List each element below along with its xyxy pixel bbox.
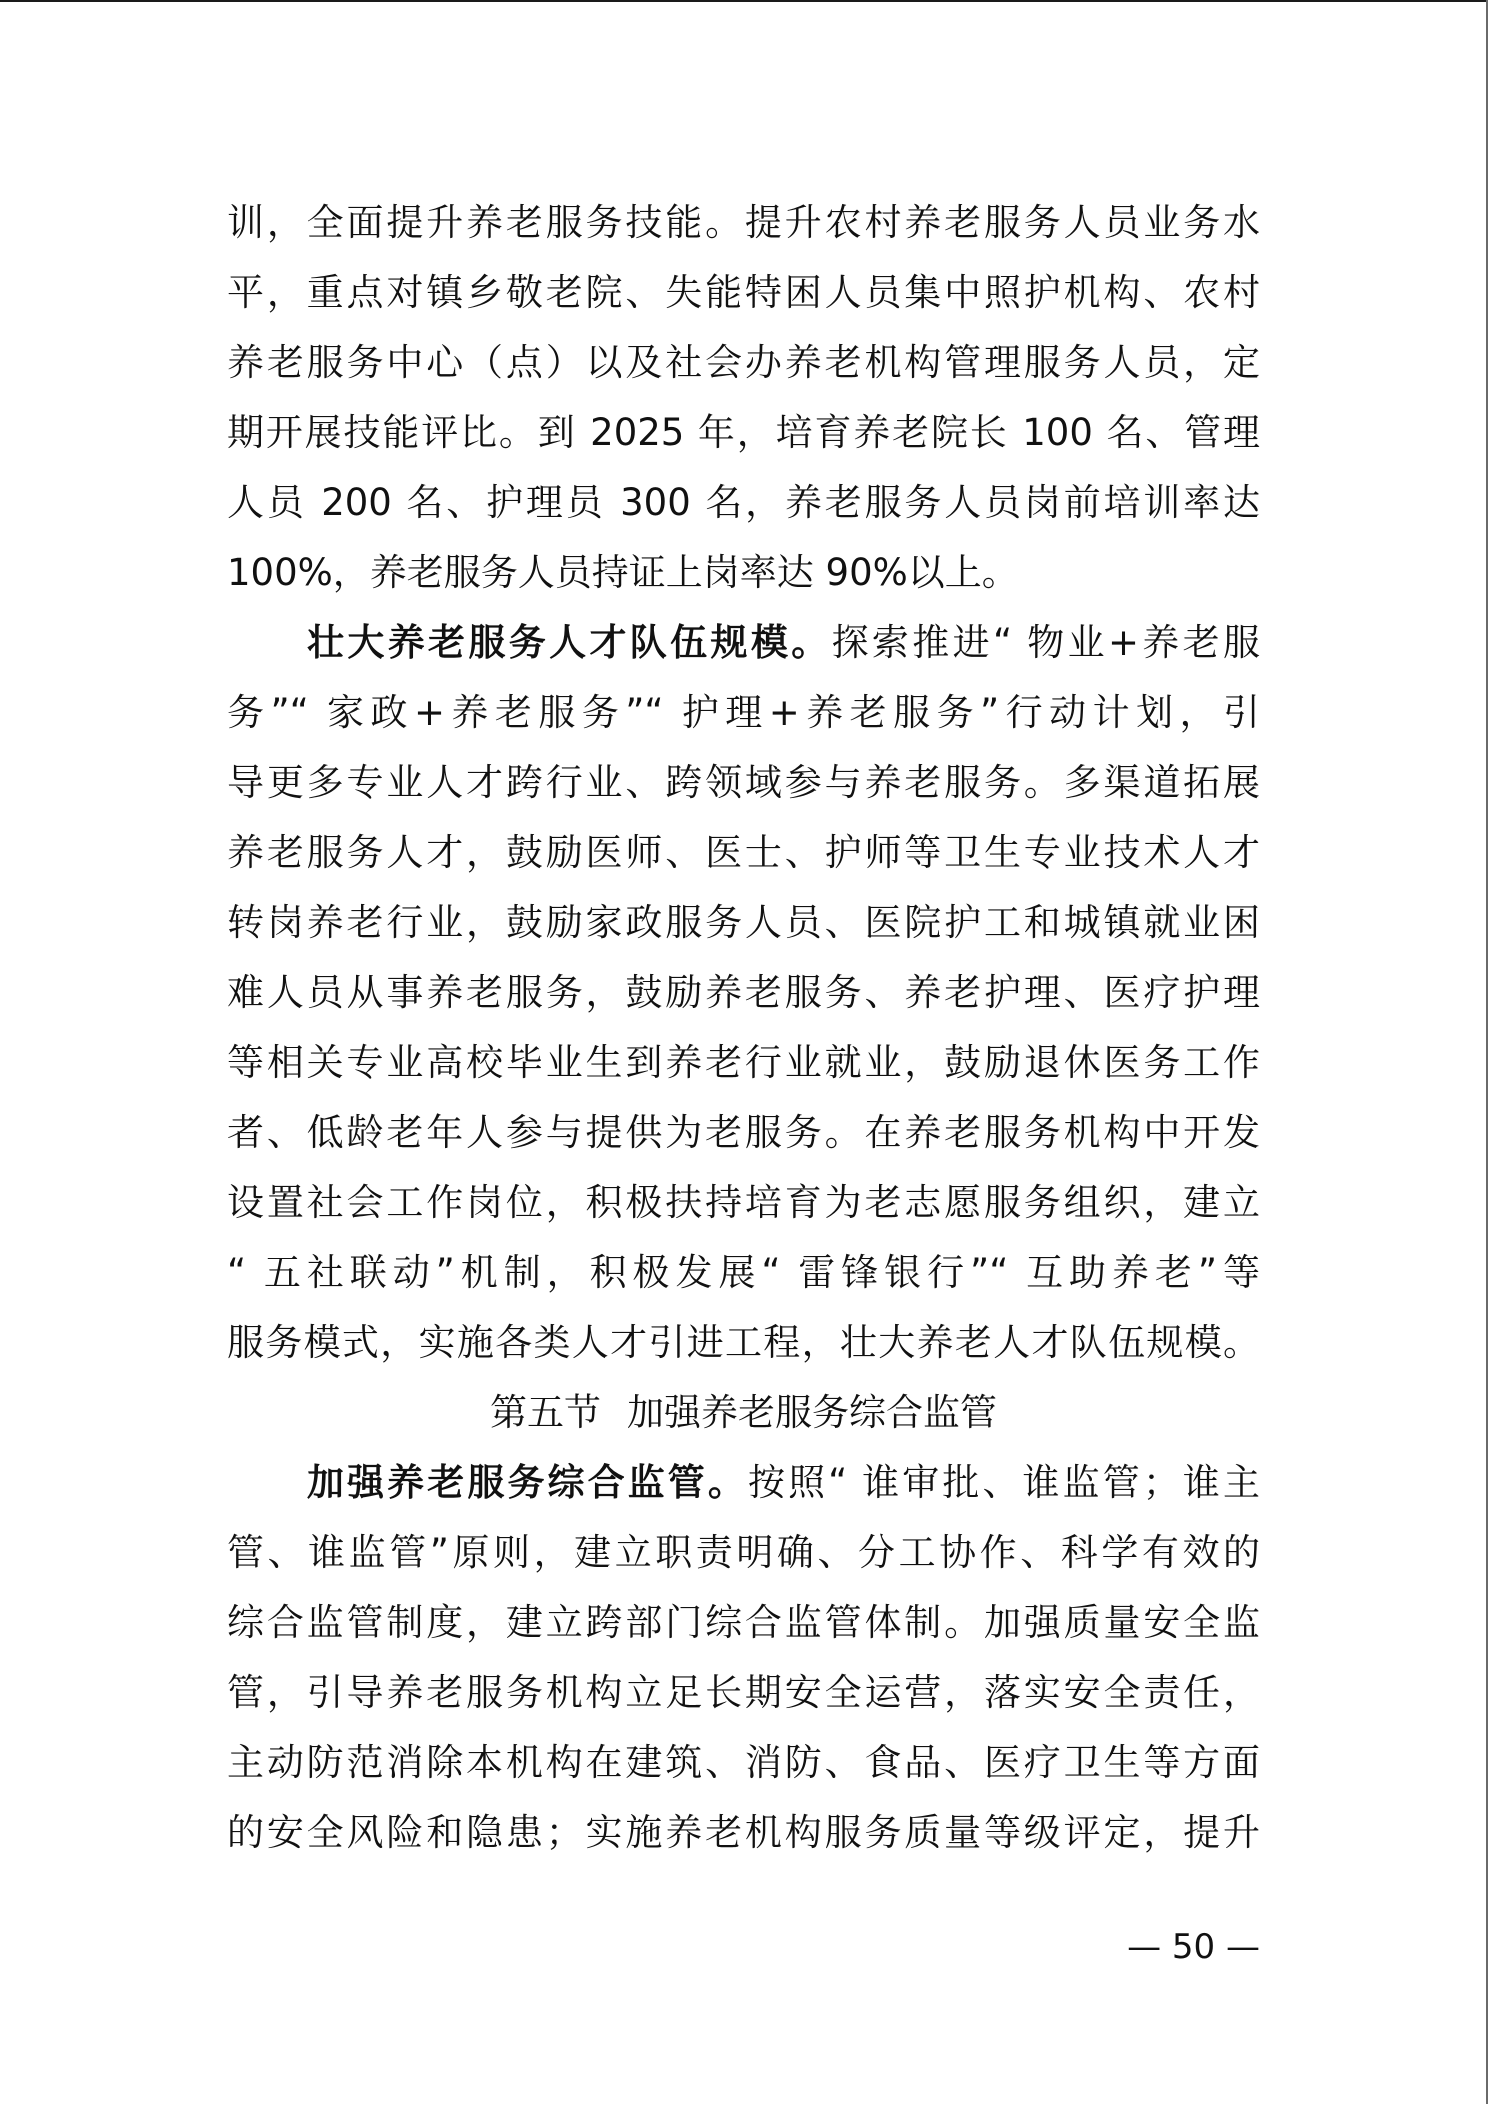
text-line: 主动防范消除本机构在建筑、消防、食品、医疗卫生等方面 [227,1735,1260,1805]
paragraph-lead-heading: 壮大养老服务人才队伍规模。 [307,621,832,664]
paragraph-strengthen-supervision: 加强养老服务综合监管。按照“ 谁审批、谁监管；谁主 管、谁监管”原则，建立职责明… [227,1455,1260,1875]
document-body: 训，全面提升养老服务技能。提升农村养老服务人员业务水 平，重点对镇乡敬老院、失能… [227,195,1260,1875]
text-line: 等相关专业高校毕业生到养老行业就业，鼓励退休医务工作 [227,1035,1260,1105]
text-line: 100%，养老服务人员持证上岗率达 90%以上。 [227,545,1260,615]
text-line: 综合监管制度，建立跨部门综合监管体制。加强质量安全监 [227,1595,1260,1665]
paragraph-talent-training: 训，全面提升养老服务技能。提升农村养老服务人员业务水 平，重点对镇乡敬老院、失能… [227,195,1260,615]
text-line-first: 加强养老服务综合监管。按照“ 谁审批、谁监管；谁主 [227,1455,1260,1525]
text-line: 训，全面提升养老服务技能。提升农村养老服务人员业务水 [227,195,1260,265]
text-line: 务”“ 家政+养老服务”“ 护理+养老服务”行动计划，引 [227,685,1260,755]
text-line: 期开展技能评比。到 2025 年，培育养老院长 100 名、管理 [227,405,1260,475]
text-segment: 探索推进“ 物业+养老服 [832,621,1260,664]
section-title: 加强养老服务综合监管 [627,1391,997,1434]
section-number: 第五节 [490,1391,601,1434]
text-segment: 按照“ 谁审批、谁监管；谁主 [748,1461,1260,1504]
text-line: 难人员从事养老服务，鼓励养老服务、养老护理、医疗护理 [227,965,1260,1035]
text-line: 转岗养老行业，鼓励家政服务人员、医院护工和城镇就业困 [227,895,1260,965]
text-line: 的安全风险和隐患；实施养老机构服务质量等级评定，提升 [227,1805,1260,1875]
page-top-border [0,0,1488,2]
paragraph-lead-heading: 加强养老服务综合监管。 [307,1461,748,1504]
text-line: 养老服务中心（点）以及社会办养老机构管理服务人员，定 [227,335,1260,405]
text-line: 管、谁监管”原则，建立职责明确、分工协作、科学有效的 [227,1525,1260,1595]
text-line: 人员 200 名、护理员 300 名，养老服务人员岗前培训率达 [227,475,1260,545]
text-line: 者、低龄老年人参与提供为老服务。在养老服务机构中开发 [227,1105,1260,1175]
text-line: 平，重点对镇乡敬老院、失能特困人员集中照护机构、农村 [227,265,1260,335]
text-line: 养老服务人才，鼓励医师、医士、护师等卫生专业技术人才 [227,825,1260,895]
text-line: 设置社会工作岗位，积极扶持培育为老志愿服务组织，建立 [227,1175,1260,1245]
page-number: — 50 — [1118,1922,1260,1972]
text-line-first: 壮大养老服务人才队伍规模。探索推进“ 物业+养老服 [227,615,1260,685]
text-line: 服务模式，实施各类人才引进工程，壮大养老人才队伍规模。 [227,1315,1260,1385]
text-line: 导更多专业人才跨行业、跨领域参与养老服务。多渠道拓展 [227,755,1260,825]
section-heading: 第五节加强养老服务综合监管 [227,1385,1260,1455]
paragraph-expand-talent-team: 壮大养老服务人才队伍规模。探索推进“ 物业+养老服 务”“ 家政+养老服务”“ … [227,615,1260,1385]
text-line: 管，引导养老服务机构立足长期安全运营，落实安全责任， [227,1665,1260,1735]
text-line: “ 五社联动”机制，积极发展“ 雷锋银行”“ 互助养老”等 [227,1245,1260,1315]
